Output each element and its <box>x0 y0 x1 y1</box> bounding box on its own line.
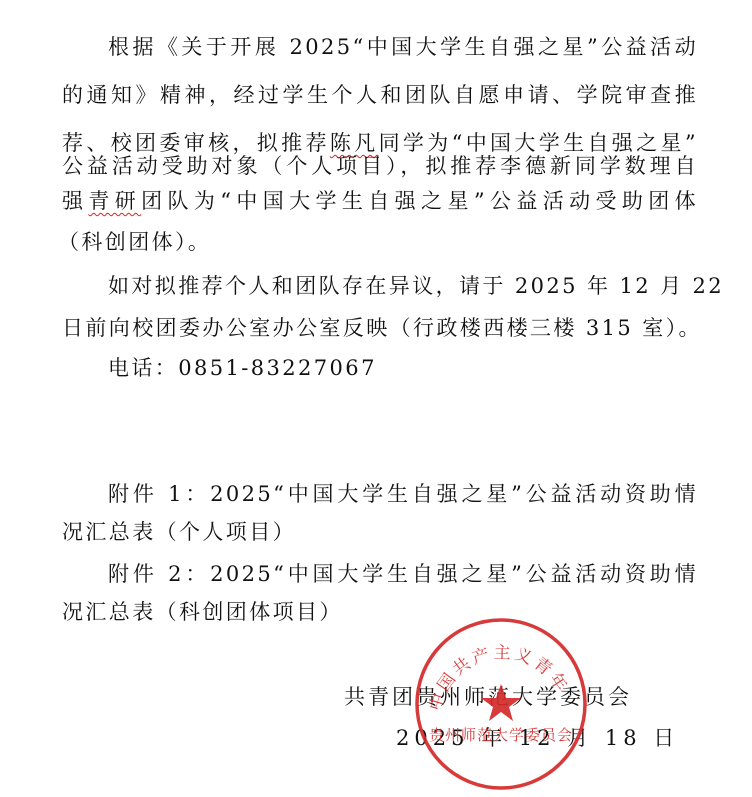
attachment-2-line-1: 附件 2：2025“中国大学生自强之星”公益活动资助情 <box>108 560 698 588</box>
paragraph-1-line-5: 强青研团队为“中国大学生自强之星”公益活动受助团体 <box>62 187 698 215</box>
paragraph-1-line-6: （科创团体）。 <box>58 228 694 256</box>
paragraph-2-line-1: 如对拟推荐个人和团队存在异议，请于 2025 年 12 月 22 <box>108 272 698 300</box>
signature-date: 2025 年 12 月 18 日 <box>396 724 679 752</box>
attachment-1-line-1: 附件 1：2025“中国大学生自强之星”公益活动资助情 <box>108 480 698 508</box>
paragraph-2-line-2: 日前向校团委办公室办公室反映（行政楼西楼三楼 315 室）。 <box>62 314 698 342</box>
paragraph-1-line-4: 公益活动受助对象（个人项目），拟推荐李德新同学数理自 <box>62 152 698 180</box>
signature-organization: 共青团贵州师范大学委员会 <box>344 683 632 711</box>
paragraph-1-line-1: 根据《关于开展 2025“中国大学生自强之星”公益活动 <box>108 33 698 61</box>
attachment-2-line-2: 况汇总表（科创团体项目） <box>62 598 698 626</box>
text-segment: 团队为“中国大学生自强之星”公益活动受助团体 <box>141 189 698 213</box>
document-page: 根据《关于开展 2025“中国大学生自强之星”公益活动 的通知》精神，经过学生个… <box>0 0 752 797</box>
text-segment: 强 <box>62 189 88 213</box>
phone-label: 电话： <box>108 356 178 380</box>
paragraph-1-line-2: 的通知》精神，经过学生个人和团队自愿申请、学院审查推 <box>62 81 698 109</box>
phone-number: 0851-83227067 <box>178 356 377 380</box>
attachment-1-line-2: 况汇总表（个人项目） <box>62 518 698 546</box>
contact-line: 电话：0851-83227067 <box>108 354 698 382</box>
spellcheck-flagged-word[interactable]: 青研 <box>88 189 141 213</box>
